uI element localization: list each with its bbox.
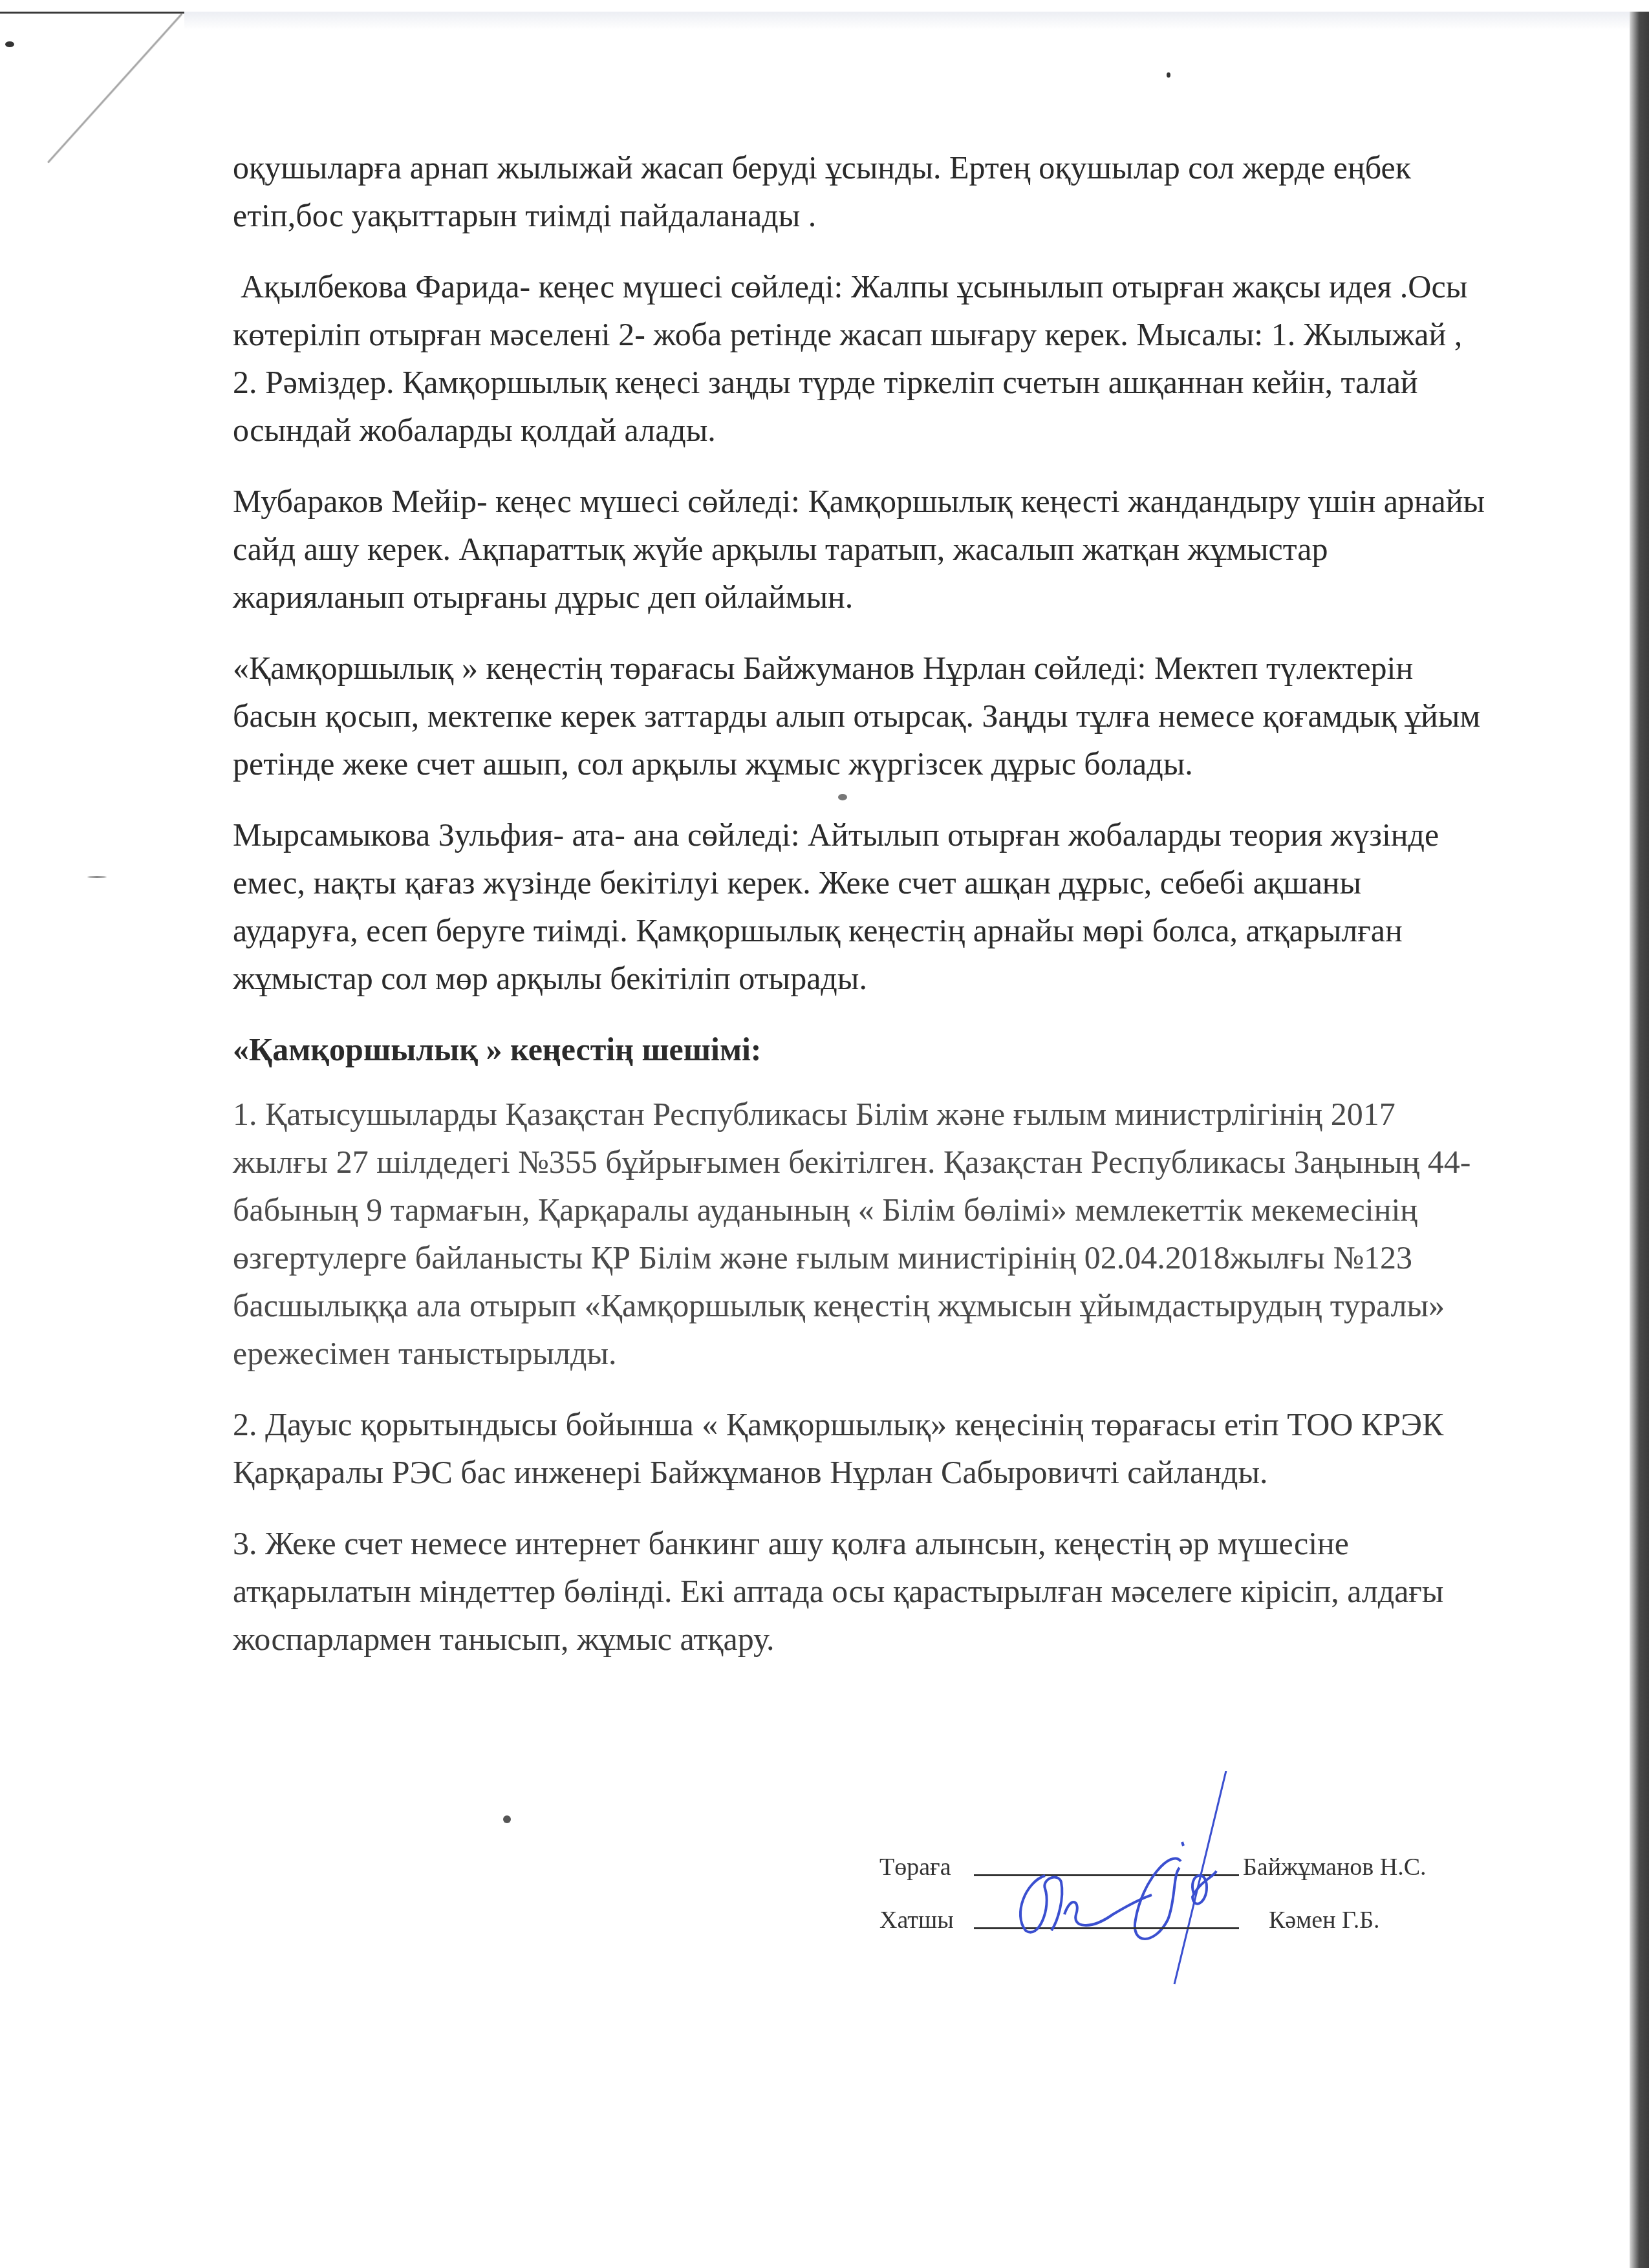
document-page: оқушыларға арнап жылыжай жасап беруді ұс…	[233, 144, 1487, 1686]
decision-number: 1.	[233, 1096, 257, 1132]
paragraph-mubarakov-speech: Мубараков Мейір- кеңес мүшесі сөйледі: Қ…	[233, 477, 1487, 621]
decision-number: 3.	[233, 1525, 257, 1561]
signatory-name: Кәмен Г.Б.	[1269, 1906, 1379, 1934]
decision-text: Жеке счет немесе интернет банкинг ашу қо…	[233, 1525, 1443, 1657]
decision-item-2: 2. Дауыс қорытындысы бойынша « Қамқоршыл…	[233, 1400, 1487, 1496]
scan-edge-top	[0, 12, 184, 14]
decision-text: Дауыс қорытындысы бойынша « Қамқоршылық»…	[233, 1406, 1443, 1490]
decision-number: 2.	[233, 1406, 257, 1442]
scan-speck	[5, 41, 14, 47]
paragraph-baizhumanov-speech: «Қамқоршылық » кеңестің төрағасы Байжума…	[233, 644, 1487, 787]
scan-shadow-top	[184, 12, 1636, 30]
paragraph-akylbekova-speech: Ақылбекова Фарида- кеңес мүшесі сөйледі:…	[233, 262, 1487, 454]
paragraph-myrsamykova-speech: Мырсамыкова Зульфия- ата- ана сөйледі: А…	[233, 811, 1487, 1002]
signature-block: Төраға Байжұманов Н.С. Хатшы Кәмен Г.Б.	[879, 1843, 1461, 1949]
signature-role: Төраға	[879, 1853, 970, 1881]
scan-edge-right	[1630, 12, 1649, 2268]
scan-speck	[1167, 72, 1170, 78]
decision-item-1: 1. Қатысушыларды Қазақстан Республикасы …	[233, 1090, 1487, 1377]
decision-item-3: 3. Жеке счет немесе интернет банкинг ашу…	[233, 1519, 1487, 1663]
scan-speck	[503, 1815, 511, 1823]
paragraph-continuation: оқушыларға арнап жылыжай жасап беруді ұс…	[233, 144, 1487, 239]
signature-row-chair: Төраға Байжұманов Н.С.	[879, 1843, 1461, 1881]
signature-line	[974, 1927, 1239, 1929]
signature-role: Хатшы	[879, 1906, 970, 1934]
handwritten-signature-icon	[1000, 1869, 1168, 1940]
scan-fold-line	[47, 13, 183, 164]
scan-speck	[87, 876, 107, 878]
decision-heading: «Қамқоршылық » кеңестің шешімі:	[233, 1025, 1487, 1073]
decision-text: Қатысушыларды Қазақстан Республикасы Біл…	[233, 1096, 1471, 1371]
